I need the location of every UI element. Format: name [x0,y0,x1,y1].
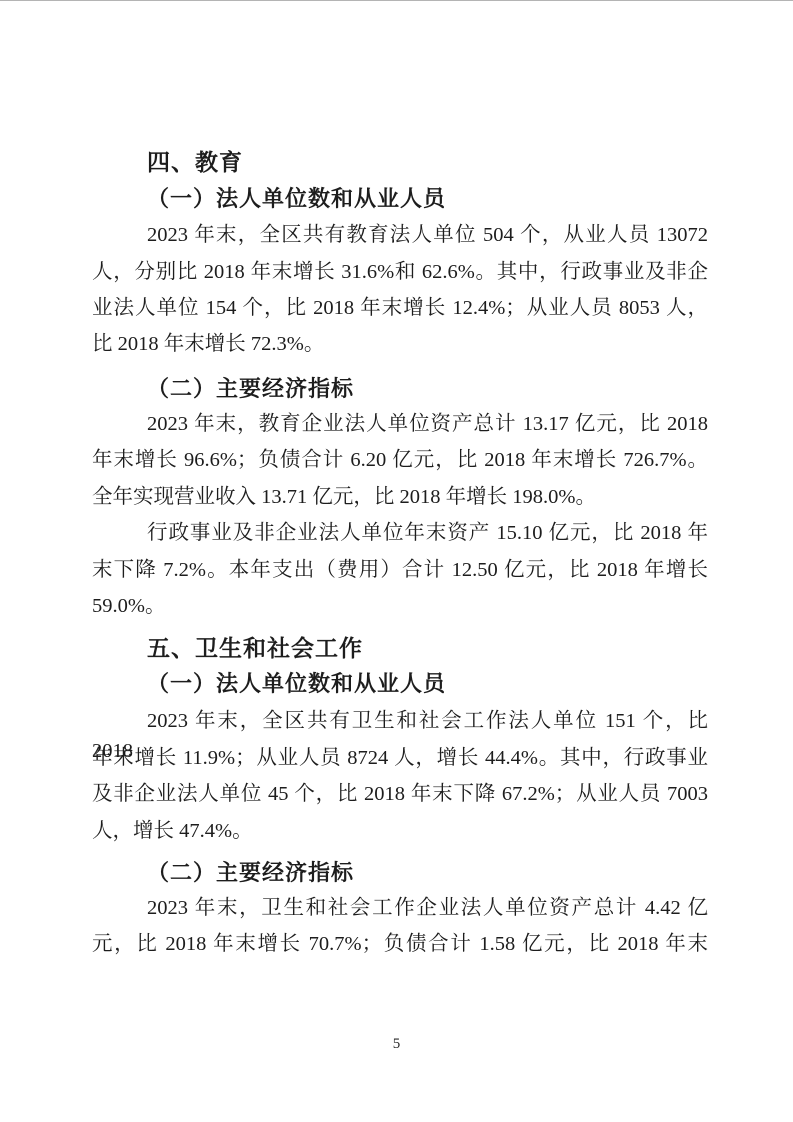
paragraph-line: 年末增长 11.9%；从业人员 8724 人，增长 44.4%。其中，行政事业 [92,743,708,773]
paragraph-line: 2023 年末，全区共有教育法人单位 504 个，从业人员 13072 [92,220,708,250]
paragraph-line: 元，比 2018 年末增长 70.7%；负债合计 1.58 亿元，比 2018 … [92,929,708,959]
paragraph-line: 59.0%。 [92,591,708,621]
paragraph-line: 年末增长 96.6%；负债合计 6.20 亿元，比 2018 年末增长 726.… [92,445,708,475]
subsection-heading: （一）法人单位数和从业人员 [92,669,763,699]
subsection-heading: （二）主要经济指标 [92,858,763,888]
paragraph-line: 2023 年末，卫生和社会工作企业法人单位资产总计 4.42 亿 [92,893,708,923]
page-number: 5 [0,1036,793,1053]
scan-edge-line [0,0,793,1]
paragraph-line: 及非企业法人单位 45 个，比 2018 年末下降 67.2%；从业人员 700… [92,779,708,809]
paragraph-line: 2023 年末，教育企业法人单位资产总计 13.17 亿元，比 2018 [92,409,708,439]
paragraph-line: 人，分别比 2018 年末增长 31.6%和 62.6%。其中，行政事业及非企 [92,257,708,287]
subsection-heading: （二）主要经济指标 [92,374,763,404]
paragraph-line: 末下降 7.2%。本年支出（费用）合计 12.50 亿元，比 2018 年增长 [92,555,708,585]
section-heading: 五、卫生和社会工作 [92,634,763,664]
paragraph-line: 行政事业及非企业法人单位年末资产 15.10 亿元，比 2018 年 [92,518,708,548]
document-page: 四、教育 （一）法人单位数和从业人员 2023 年末，全区共有教育法人单位 50… [0,0,793,1122]
subsection-heading: （一）法人单位数和从业人员 [92,184,763,214]
section-heading: 四、教育 [92,148,763,178]
paragraph-line: 人，增长 47.4%。 [92,816,708,846]
paragraph-line: 业法人单位 154 个，比 2018 年末增长 12.4%；从业人员 8053 … [92,293,708,323]
paragraph-line: 全年实现营业收入 13.71 亿元，比 2018 年增长 198.0%。 [92,482,708,512]
paragraph-line: 比 2018 年末增长 72.3%。 [92,329,708,359]
